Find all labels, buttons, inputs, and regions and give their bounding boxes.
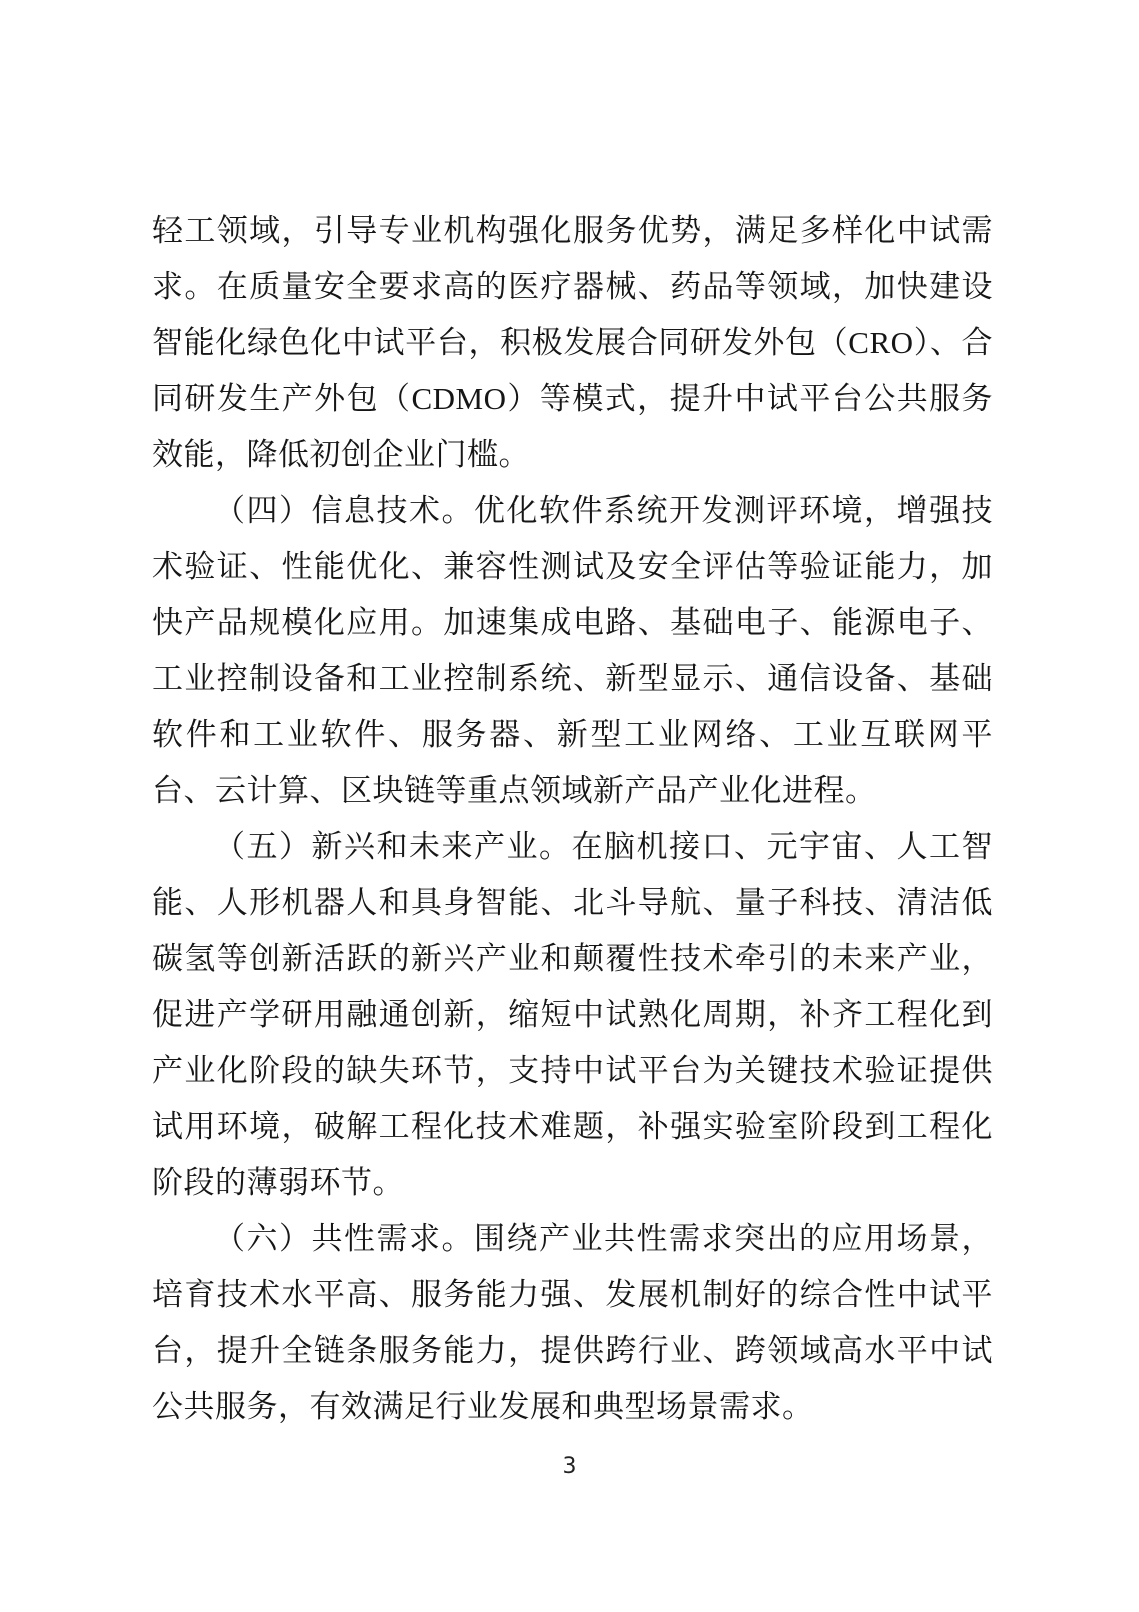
paragraph-continuation: 轻工领域，引导专业机构强化服务优势，满足多样化中试需求。在质量安全要求高的医疗器… — [152, 203, 993, 483]
document-body: 轻工领域，引导专业机构强化服务优势，满足多样化中试需求。在质量安全要求高的医疗器… — [152, 203, 993, 1435]
paragraph-section-6-common-needs: （六）共性需求。围绕产业共性需求突出的应用场景，培育技术水平高、服务能力强、发展… — [152, 1211, 993, 1435]
paragraph-section-5-emerging-future-industries: （五）新兴和未来产业。在脑机接口、元宇宙、人工智能、人形机器人和具身智能、北斗导… — [152, 819, 993, 1211]
page-number: 3 — [0, 1452, 1139, 1482]
paragraph-section-4-information-technology: （四）信息技术。优化软件系统开发测评环境，增强技术验证、性能优化、兼容性测试及安… — [152, 483, 993, 819]
document-page: 轻工领域，引导专业机构强化服务优势，满足多样化中试需求。在质量安全要求高的医疗器… — [0, 0, 1139, 1612]
